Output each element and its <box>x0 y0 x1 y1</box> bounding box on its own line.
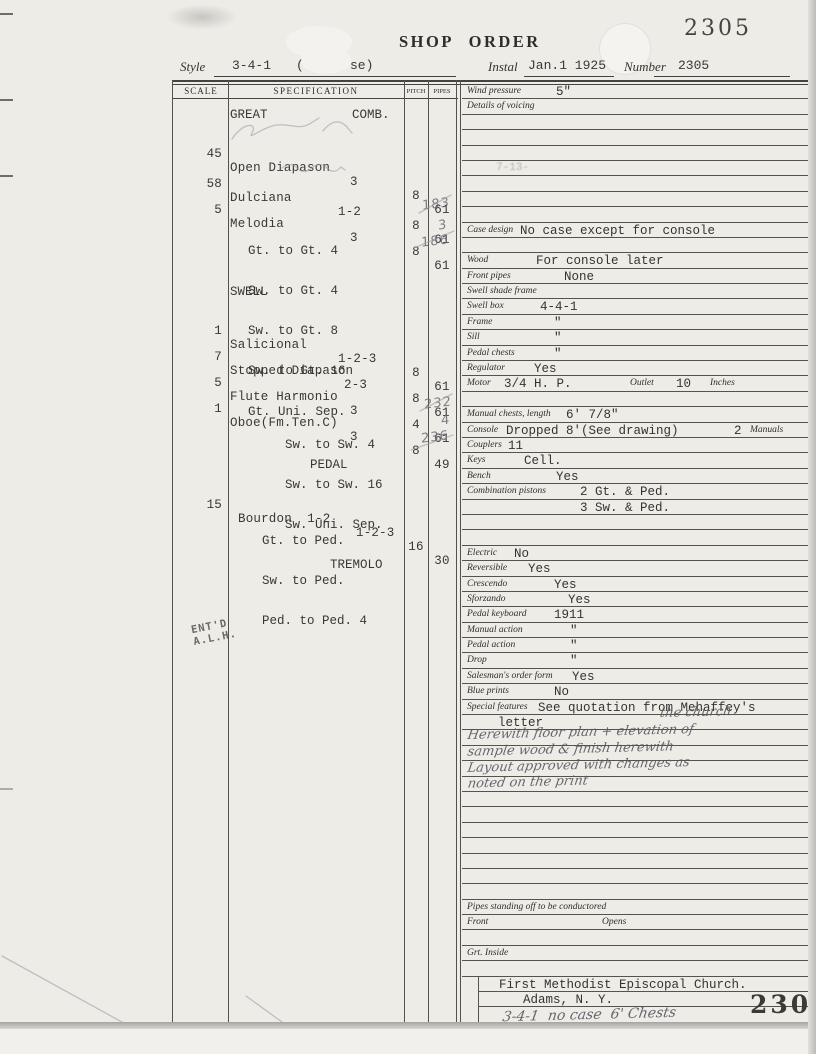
ruled-line <box>462 146 808 161</box>
field-label: Manual chests, length <box>467 409 551 419</box>
field-value: " <box>554 331 562 345</box>
field-frame: Frame " <box>462 315 808 330</box>
field-console: Console Dropped 8'(See drawing) 2 Manual… <box>462 423 808 438</box>
field-label: Combination pistons <box>467 486 546 496</box>
stop-row: 1 Oboe(Fm.Ten.C) 3 8 49 <box>172 388 458 404</box>
stop-pipes: 30 <box>428 554 456 568</box>
whiteout-blob <box>301 47 351 74</box>
field-value: Cell. <box>524 454 562 468</box>
field-label: Blue prints <box>467 686 509 696</box>
ruled-line: 7-13- <box>462 161 808 176</box>
field-label: Salesman's order form <box>467 671 553 681</box>
coupler-line: Sw. to Sw. 4 <box>285 439 383 452</box>
field-label: Sforzando <box>467 594 506 604</box>
field-pedal-chests: Pedal chests " <box>462 346 808 361</box>
field-sill: Sill " <box>462 330 808 345</box>
number-label: Number <box>624 59 666 75</box>
section-swell: SWELL <box>230 285 268 299</box>
field-combination-pistons-2: 3 Sw. & Ped. <box>462 500 808 515</box>
field-keys: Keys Cell. <box>462 453 808 468</box>
style-underline <box>214 76 456 77</box>
field-couplers: Couplers 11 <box>462 438 808 453</box>
coupler-line: Gt. to Ped. <box>262 535 367 548</box>
field-wood: Wood For console later <box>462 253 808 268</box>
field-value: 4-4-1 <box>540 300 578 314</box>
field-value: " <box>570 624 578 638</box>
instal-underline <box>524 76 614 77</box>
stop-row: 7 Stopped Diapason 2-3 8 61 <box>172 336 458 352</box>
order-number-stamp: 2305 <box>684 16 752 41</box>
entered-stamp: ENT'D A.L.H. <box>190 616 238 648</box>
field-value: " <box>570 639 578 653</box>
field-value: No case except for console <box>520 224 715 238</box>
header-scale: SCALE <box>174 86 228 96</box>
field-label: Regulator <box>467 363 505 373</box>
field-combination-pistons: Combination pistons 2 Gt. & Ped. <box>462 484 808 499</box>
stop-row: 1 Salicional 1-2-3 8 61 <box>172 310 458 326</box>
field-label: Keys <box>467 455 485 465</box>
field-blue-prints: Blue prints No <box>462 684 808 699</box>
field-label: Frame <box>467 317 492 327</box>
field-label: Motor <box>467 378 491 388</box>
outlet-label: Outlet <box>630 378 654 388</box>
field-label: Pipes standing off to be conductored <box>467 902 606 912</box>
field-label: Special features <box>467 702 528 712</box>
registration-tick <box>0 788 13 790</box>
ruled-line <box>462 115 808 130</box>
field-label: Pedal chests <box>467 348 515 358</box>
front-label: Front <box>467 917 488 927</box>
stop-pipes: 49 <box>428 458 456 472</box>
faint-date-stamp: 7-13- <box>496 162 529 174</box>
ruled-line <box>462 854 808 869</box>
great-comb-header: COMB. <box>352 108 390 122</box>
field-front-pipes: Front pipes None <box>462 269 808 284</box>
coupler-line: Ped. to Ped. 4 <box>262 615 367 628</box>
ruled-line <box>462 192 808 207</box>
field-swell-shade-frame: Swell shade frame <box>462 284 808 299</box>
specification-column: GREAT COMB. 45 Open Diapason 3 8 61 58 D… <box>172 98 458 1022</box>
field-drop: Drop " <box>462 653 808 668</box>
coupler-line: Gt. to Gt. 4 <box>248 245 346 258</box>
ruled-line <box>462 130 808 145</box>
ruled-line <box>462 884 808 899</box>
header-pipes: PIPES <box>428 88 456 95</box>
field-salesmans-order-form: Salesman's order form Yes <box>462 669 808 684</box>
field-value: 11 <box>508 439 523 453</box>
field-value: No <box>514 547 529 561</box>
stop-scale: 15 <box>172 498 222 512</box>
manuals-label: Manuals <box>750 425 783 435</box>
ruled-line <box>462 807 808 822</box>
field-pedal-action: Pedal action " <box>462 638 808 653</box>
field-case-design: Case design No case except for console <box>462 223 808 238</box>
field-value: 1911 <box>554 608 584 622</box>
field-label: Bench <box>467 471 491 481</box>
stop-scale: 5 <box>172 203 222 217</box>
stop-row: 45 Open Diapason 3 8 61 <box>172 133 458 149</box>
ruled-line <box>462 792 808 807</box>
field-value: For console later <box>536 254 664 268</box>
stop-row: 58 Dulciana 1-2 8 61 <box>172 163 458 179</box>
paper-bottom-edge <box>0 1022 810 1029</box>
ruled-line <box>462 823 808 838</box>
field-value: " <box>554 347 562 361</box>
coupler-line: Sw. to Ped. <box>262 575 367 588</box>
field-crescendo: Crescendo Yes <box>462 577 808 592</box>
field-wind-pressure: Wind pressure 5" <box>462 84 808 99</box>
field-label: Couplers <box>467 440 502 450</box>
stop-row: 5 Flute Harmonio 3 4 61 <box>172 362 458 378</box>
stop-row: 5 Melodia 3 8 61 <box>172 189 458 205</box>
field-value: " <box>554 316 562 330</box>
opens-label: Opens <box>602 917 626 927</box>
style-label: Style <box>180 59 205 75</box>
field-label: Details of voicing <box>467 101 535 111</box>
field-label: Swell shade frame <box>467 286 537 296</box>
handwritten-note-line: noted on the print <box>467 773 589 791</box>
ruled-line <box>462 176 808 191</box>
field-electric: Electric No <box>462 546 808 561</box>
frame-top-rule <box>172 80 810 82</box>
field-value: Yes <box>534 362 557 376</box>
header-pitch: PITCH <box>404 88 428 95</box>
instal-value: Jan.1 1925 <box>528 58 606 73</box>
field-value: 6' 7/8" <box>566 408 619 422</box>
field-pedal-keyboard: Pedal keyboard 1911 <box>462 607 808 622</box>
customer-city: Adams, N. Y. <box>523 993 613 1007</box>
field-label: Drop <box>467 655 487 665</box>
field-value: 5" <box>556 85 571 99</box>
order-number-stamp-bottom: 2305 <box>750 990 816 1019</box>
ruled-line <box>462 530 808 545</box>
scan-background <box>0 1029 816 1054</box>
field-label: Electric <box>467 548 497 558</box>
ruled-line <box>462 930 808 945</box>
field-value: Yes <box>556 470 579 484</box>
registration-tick <box>0 13 13 15</box>
outlet-value: 10 <box>676 377 691 391</box>
field-bench: Bench Yes <box>462 469 808 484</box>
field-motor: Motor 3/4 H. P. Outlet 10 Inches <box>462 376 808 391</box>
details-column: Wind pressure 5" Details of voicing 7-13… <box>462 84 808 1023</box>
field-label: Sill <box>467 332 480 342</box>
field-reversible: Reversible Yes <box>462 561 808 576</box>
style-value: 3-4-1 <box>232 58 271 73</box>
inches-label: Inches <box>710 378 735 388</box>
field-value: Dropped 8'(See drawing) <box>506 424 679 438</box>
field-regulator: Regulator Yes <box>462 361 808 376</box>
header-specification: SPECIFICATION <box>228 86 404 96</box>
field-value: 3/4 H. P. <box>504 377 572 391</box>
registration-tick <box>0 175 13 177</box>
customer-name: First Methodist Episcopal Church. <box>499 978 747 992</box>
stop-pitch: 8 <box>404 219 428 233</box>
field-label: Reversible <box>467 563 507 573</box>
field-value: None <box>564 270 594 284</box>
stop-pitch: 16 <box>404 540 428 554</box>
paper-right-edge <box>808 0 816 1054</box>
field-value: 2 Gt. & Ped. <box>580 485 670 499</box>
field-details-of-voicing: Details of voicing <box>462 99 808 114</box>
field-label: Wood <box>467 255 488 265</box>
field-front-opens: Front Opens <box>462 915 808 930</box>
field-value: Yes <box>554 578 577 592</box>
style-paren-open: ( <box>296 58 304 73</box>
ruled-line <box>462 838 808 853</box>
field-grt-inside: Grt. Inside <box>462 946 808 961</box>
field-swell-box: Swell box 4-4-1 <box>462 299 808 314</box>
field-value: " <box>570 654 578 668</box>
stop-pipes: 61 <box>428 259 456 273</box>
shop-order-scan: 2305 SHOP ORDER Style 3-4-1 ( se) Instal… <box>0 0 816 1054</box>
pedal-couplers: Gt. to Ped. Sw. to Ped. Ped. to Ped. 4 <box>262 508 367 655</box>
field-label: Pedal action <box>467 640 515 650</box>
stop-scale: 1 <box>172 402 222 416</box>
registration-tick <box>0 99 13 101</box>
ruled-line <box>462 869 808 884</box>
column-divider-b <box>460 80 461 1023</box>
field-label: Pedal keyboard <box>467 609 527 619</box>
field-label: Crescendo <box>467 579 507 589</box>
style-paren-rest: se) <box>350 58 373 73</box>
field-label: Grt. Inside <box>467 948 508 958</box>
field-value: 3 Sw. & Ped. <box>580 501 670 515</box>
field-special-features: Special features See quotation from Meha… <box>462 700 808 715</box>
pencil-total: 3 <box>438 217 447 233</box>
section-tremolo: TREMOLO <box>330 558 383 572</box>
field-value: No <box>554 685 569 699</box>
field-label: Front pipes <box>467 271 511 281</box>
field-pipes-standing: Pipes standing off to be conductored <box>462 900 808 915</box>
field-label: Swell box <box>467 301 504 311</box>
field-value: Yes <box>568 593 591 607</box>
field-manual-chests-length: Manual chests, length 6' 7/8" <box>462 407 808 422</box>
stop-pitch: 4 <box>404 418 428 432</box>
stop-comb: 1-2 <box>338 205 361 219</box>
ruled-line <box>462 961 808 976</box>
instal-label: Instal <box>488 59 518 75</box>
number-underline <box>654 76 790 77</box>
field-sforzando: Sforzando Yes <box>462 592 808 607</box>
field-value: Yes <box>528 562 551 576</box>
pencil-total: 4 <box>441 412 450 428</box>
stop-comb: 3 <box>350 231 358 245</box>
handwritten-insert: the church <box>659 704 733 721</box>
field-label: Manual action <box>467 625 523 635</box>
manuals-value: 2 <box>734 424 742 438</box>
section-pedal: PEDAL <box>310 458 348 472</box>
stop-row: 15 Bourdon 1-2 1-2-3 16 30 <box>172 484 458 500</box>
field-label: Wind pressure <box>467 86 521 96</box>
ruled-line <box>462 392 808 407</box>
ruled-line <box>462 207 808 222</box>
stop-scale: 45 <box>172 147 222 161</box>
field-value: Yes <box>572 670 595 684</box>
field-label: Case design <box>467 225 513 235</box>
field-label: Console <box>467 425 498 435</box>
number-value: 2305 <box>678 58 709 73</box>
field-manual-action: Manual action " <box>462 623 808 638</box>
scan-smudge <box>166 4 238 30</box>
page-title: SHOP ORDER <box>399 32 541 52</box>
section-great: GREAT <box>230 108 268 122</box>
ruled-line <box>462 238 808 253</box>
ruled-line <box>462 515 808 530</box>
